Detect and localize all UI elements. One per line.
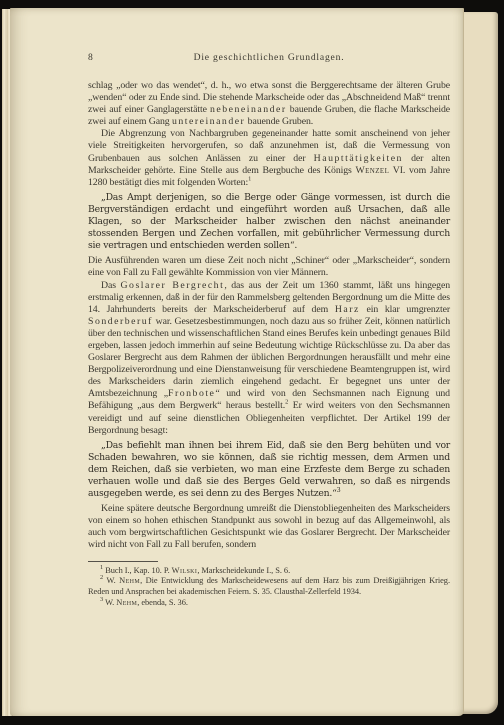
text-segment: „Das befiehlt man ihnen bei ihrem Eid, d… xyxy=(88,440,450,499)
text-segment: Wenzel xyxy=(355,165,389,176)
paragraph: schlag „oder wo das wendet“, d. h., wo e… xyxy=(88,80,450,128)
paragraph: Die Ausführenden waren um diese Zeit noc… xyxy=(88,255,450,279)
footnote-separator xyxy=(88,561,158,562)
running-title: Die geschichtlichen Grundlagen. xyxy=(88,52,450,63)
text-segment: , ebenda, S. 36. xyxy=(137,598,188,607)
text-segment: Das xyxy=(101,280,120,291)
text-block: 8 Die geschichtlichen Grundlagen. schlag… xyxy=(88,52,450,609)
text-segment: war. Gesetzesbestimmungen, noch dazu aus… xyxy=(88,316,450,400)
text-segment: , Die Entwicklung des Markscheidewesens … xyxy=(88,576,450,596)
body-text: schlag „oder wo das wendet“, d. h., wo e… xyxy=(88,80,450,552)
footnote-marker: 3 xyxy=(337,486,341,494)
text-segment: bauende Gruben. xyxy=(245,116,313,127)
text-segment: untereinander xyxy=(172,116,245,127)
text-segment: Harz xyxy=(335,304,360,315)
footnote-marker: 1 xyxy=(248,175,251,182)
book-page: 8 Die geschichtlichen Grundlagen. schlag… xyxy=(10,8,464,716)
text-segment: Nehm xyxy=(119,576,140,585)
text-segment: W. xyxy=(103,598,116,607)
footnotes: 1 Buch I., Kap. 10. P. Wilski, Markschei… xyxy=(88,566,450,609)
text-segment: Sonderberuf xyxy=(88,316,153,327)
text-segment: Buch I., Kap. 10. P. xyxy=(103,566,171,575)
text-segment: Goslarer Bergrecht xyxy=(120,280,224,291)
footnote: 2 W. Nehm, Die Entwicklung des Markschei… xyxy=(88,576,450,598)
text-segment: , Markscheidekunde I., S. 6. xyxy=(197,566,290,575)
text-segment: Fronbote xyxy=(168,388,215,399)
text-segment: Keine spätere deutsche Bergordnung umrei… xyxy=(88,503,450,550)
quote-paragraph: „Das befiehlt man ihnen bei ihrem Eid, d… xyxy=(88,440,450,500)
paragraph: Die Abgrenzung von Nachbargruben gegenei… xyxy=(88,128,450,188)
paragraph: Das Goslarer Bergrecht, das aus der Zeit… xyxy=(88,280,450,437)
book-photo: 8 Die geschichtlichen Grundlagen. schlag… xyxy=(0,0,504,725)
text-segment: Wilski xyxy=(172,566,198,575)
text-segment: nebeneinander xyxy=(210,104,287,115)
page-header: 8 Die geschichtlichen Grundlagen. xyxy=(88,52,450,65)
text-segment: „Das Ampt derjenigen, so die Berge oder … xyxy=(88,192,450,251)
footnote: 3 W. Nehm, ebenda, S. 36. xyxy=(88,598,450,609)
footnote: 1 Buch I., Kap. 10. P. Wilski, Markschei… xyxy=(88,566,450,577)
page-number: 8 xyxy=(88,52,94,63)
text-segment: Nehm xyxy=(116,598,137,607)
text-segment: Die Ausführenden waren um diese Zeit noc… xyxy=(88,255,450,278)
paragraph: Keine spätere deutsche Bergordnung umrei… xyxy=(88,503,450,551)
quote-paragraph: „Das Ampt derjenigen, so die Berge oder … xyxy=(88,192,450,252)
text-segment: W. xyxy=(103,576,119,585)
text-segment: ein klar umgrenzter xyxy=(360,304,450,315)
text-segment: Haupttätigkeiten xyxy=(314,153,403,164)
